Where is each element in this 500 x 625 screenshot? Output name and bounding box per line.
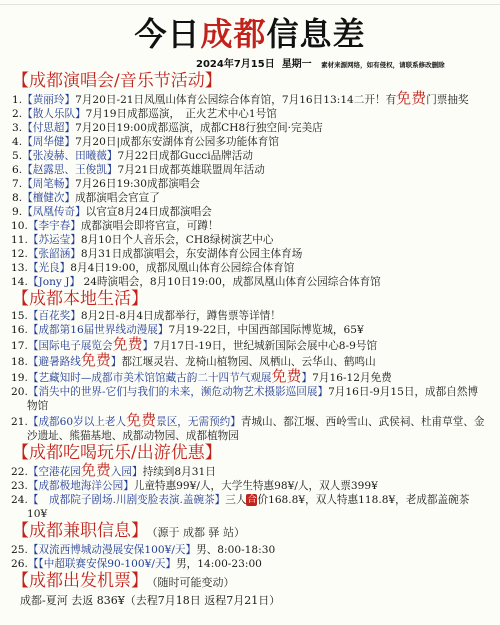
item-tag: 【Jony J】 <box>28 276 80 288</box>
item-tag: 【散人乐队】 <box>22 108 86 120</box>
list-item: 26.【【中超联赛安保90-100¥/天】男，14:00-23:00 <box>0 557 487 571</box>
page-title: 今日成都信息差 <box>0 14 500 54</box>
list-item: 15.【百花奖】8月2日-8月4日成都举行，蹲售票等详情！ <box>0 309 487 323</box>
item-tag-end: 入园】 <box>111 466 143 478</box>
list-item: 17.【国际电子展览会免费】7月17日-19日，世纪城新国际会展中心8-9号馆 <box>0 337 487 353</box>
item-text-pre: 三人 <box>225 494 246 506</box>
item-text: 成都演唱会官宣了 <box>75 192 160 204</box>
item-text: 7月16-12月免费 <box>312 372 392 384</box>
date: 2024年7月15日 <box>196 59 275 70</box>
list-item: 3.【付思超】7月20日19:00成都巡演，成都CH8行独空间·完美店 <box>0 121 486 135</box>
item-tag: 【周笔畅】 <box>22 178 75 190</box>
item-text: 8月4日19:00，成都凤凰山体育公园综合体育馆 <box>70 262 294 274</box>
section-title-text: 【成都兼职信息】 <box>12 521 148 541</box>
item-number: 3. <box>12 122 22 134</box>
list-item: 11.【苏运莹】8月10日个人音乐会，CH8绿树演艺中心 <box>0 233 487 247</box>
list-item: 23.【成都极地海洋公园】儿童特惠99¥/人，大学生特惠98¥/人，双人票399… <box>0 479 487 493</box>
list-item: 16.【成都第16届世界线动漫展】7月19-22日，中国西部国际博览城，65¥ <box>0 323 487 337</box>
section-subtitle: （源于 成都 驿 站） <box>152 526 245 539</box>
list-item: 13.【光良】8月4日19:00，成都凤凰山体育公园综合体育馆 <box>0 261 487 275</box>
item-tag: 【光良】 <box>28 262 70 274</box>
item-tag-end: 】 <box>111 356 122 368</box>
item-number: 10. <box>11 220 28 232</box>
section-title-local-life: 【成都本地生活】 <box>12 289 500 309</box>
item-number: 7. <box>12 178 22 190</box>
item-number: 2. <box>12 108 22 120</box>
list-item: 6.【赵露思、王俊凯】7月21日成都英雄联盟周年活动 <box>0 163 486 177</box>
item-number: 12. <box>11 248 28 260</box>
list-item: 21.【成都60岁以上老人免费景区，无需预约】青城山、都江堰、西岭雪山、武侯祠、… <box>0 413 487 443</box>
list-item: 1.【黄丽玲】7月20日-21日凤凰山体育公园综合体育馆，7月16日13:14二… <box>0 91 486 107</box>
item-tag-end: 】 <box>302 372 313 384</box>
item-number: 23. <box>11 480 28 492</box>
item-tag: 【周华健】 <box>22 136 75 148</box>
top-divider <box>0 4 500 5</box>
flight-info: 成都-夏河 去返 836¥（去程7月18日 返程7月21日） <box>20 593 500 608</box>
list-item: 18.【避暑路线免费】都江堰灵岩、龙椅山植物园、凤栖山、云华山、鹤鸣山 <box>0 353 487 369</box>
list-item: 8.【檀健次】成都演唱会官宣了 <box>0 191 486 205</box>
item-tag: 【成都极地海洋公园】 <box>28 480 134 492</box>
item-text: 持续到8月31日 <box>143 466 216 478</box>
free-label: 免费 <box>81 351 111 369</box>
list-item: 12.【张韶涵】8月31日成都演唱会，东安湖体育公园主体育场 <box>0 247 487 261</box>
item-text: 男、8:00-18:30 <box>196 544 275 556</box>
item-text: 8月10日个人音乐会，CH8绿树演艺中心 <box>81 234 274 246</box>
free-label: 免费 <box>272 367 302 385</box>
item-tag-end: 】 <box>143 340 154 352</box>
item-tag: 【百花奖】 <box>28 310 81 322</box>
item-text-after: 门票抽奖 <box>426 94 468 106</box>
item-number: 14. <box>11 276 28 288</box>
disclaimer: 素材来源网络，如有侵权，请联系修改删除 <box>321 61 445 69</box>
item-text: 7月19日成都巡演， 正火艺术中心1号馆 <box>86 108 277 120</box>
item-text: 以官宣8月24日成都演唱会 <box>86 206 212 218</box>
item-number: 24. <box>11 494 28 506</box>
item-number: 25. <box>11 544 28 556</box>
item-number: 8. <box>12 192 22 204</box>
item-text: 7月20日-21日凤凰山体育公园综合体育馆，7月16日13:14二开！有 <box>75 94 396 106</box>
item-text: 24時演唱会，8月10日19:00，成都凤凰山体育公园综合体育馆 <box>80 276 381 288</box>
title-prefix: 今日 <box>134 15 200 53</box>
item-text: 成都演唱会即将官宣，可蹲！ <box>81 220 219 232</box>
item-tag: 【付思超】 <box>22 122 75 134</box>
item-number: 17. <box>11 340 28 352</box>
list-item: 22.【空港花园免费入园】持续到8月31日 <box>0 463 487 479</box>
item-number: 21. <box>11 416 28 428</box>
section-title-part-time: 【成都兼职信息】（源于 成都 驿 站） <box>12 521 500 543</box>
list-item: 25.【双流西博城动漫展安保100¥/天】男、8:00-18:30 <box>0 543 487 557</box>
weekday: 星期一 <box>282 59 312 70</box>
section-title-flights: 【成都出发机票】（随时可能变动） <box>12 571 500 593</box>
item-text: 8月2日-8月4日成都举行，蹲售票等详情！ <box>81 310 281 322</box>
list-item: 7.【周笔畅】7月26日19:30成都演唱会 <box>0 177 486 191</box>
title-highlight: 成都 <box>200 15 266 53</box>
item-tag-end: 景区，无需预约】 <box>156 416 241 428</box>
item-tag: 【苏运莹】 <box>28 234 81 246</box>
item-number: 1. <box>12 94 22 106</box>
item-number: 18. <box>11 356 28 368</box>
list-item: 9.【凤凰传奇】以官宣8月24日成都演唱会 <box>0 205 486 219</box>
item-text: 7月19-22日，中国西部国际博览城，65¥ <box>168 324 363 336</box>
item-text: 7月26日19:30成都演唱会 <box>75 178 200 190</box>
item-tag: 【成都第16届世界线动漫展】 <box>28 324 169 336</box>
free-label: 免费 <box>113 335 143 353</box>
item-text: 7月21日成都英雄联盟周年活动 <box>117 164 264 176</box>
title-suffix: 信息差 <box>267 15 366 53</box>
item-text: 7月20日|成都东安湖体育公园多功能体育馆 <box>75 136 279 148</box>
item-number: 6. <box>12 164 22 176</box>
list-item: 5.【张凌赫、田曦薇】7月22日成都Gucci品牌活动 <box>0 149 486 163</box>
section-title-concerts: 【成都演唱会/音乐节活动】 <box>12 71 500 91</box>
free-label: 免费 <box>81 461 111 479</box>
item-tag: 【黄丽玲】 <box>22 94 75 106</box>
free-label: 免费 <box>396 89 426 107</box>
item-number: 16. <box>11 324 28 336</box>
item-tag: 【檀健次】 <box>22 192 75 204</box>
item-tag: 【赵露思、王俊凯】 <box>22 164 117 176</box>
item-number: 9. <box>12 206 22 218</box>
section-title-text: 【成都出发机票】 <box>12 571 148 591</box>
list-item: 20.【消失中的世界-它们与我们的未来，濒危动物艺术摄影巡回展】7月16日-9月… <box>0 385 487 413</box>
content: 【成都演唱会/音乐节活动】 1.【黄丽玲】7月20日-21日凤凰山体育公园综合体… <box>0 71 500 608</box>
item-text: 8月31日成都演唱会，东安湖体育公园主体育场 <box>81 248 303 260</box>
list-item: 2.【散人乐队】7月19日成都巡演， 正火艺术中心1号馆 <box>0 107 486 121</box>
item-number: 19. <box>11 372 28 384</box>
list-item: 10.【李宇春】成都演唱会即将官宣，可蹲！ <box>0 219 487 233</box>
date-line: 2024年7月15日 星期一 素材来源网络，如有侵权，请联系修改删除 <box>196 58 445 72</box>
free-label: 免费 <box>126 411 156 429</box>
item-tag: 【凤凰传奇】 <box>22 206 86 218</box>
item-text: 7月20日19:00成都巡演，成都CH8行独空间·完美店 <box>75 122 323 134</box>
item-number: 5. <box>12 150 22 162</box>
section-title-food-travel: 【成都吃喝玩乐/出游优惠】 <box>12 443 500 463</box>
item-number: 13. <box>11 262 28 274</box>
item-tag: 【双流西博城动漫展安保100¥/天】 <box>28 544 196 556</box>
item-tag: 【 成都院子剧场.川剧变脸表演.盖碗茶】 <box>28 494 225 506</box>
item-tag: 【张韶涵】 <box>28 248 81 260</box>
item-text: 7月22日成都Gucci品牌活动 <box>117 150 253 162</box>
item-text: 儿童特惠99¥/人，大学生特惠98¥/人，双人票399¥ <box>134 480 378 492</box>
item-number: 4. <box>12 136 22 148</box>
item-number: 11. <box>11 234 28 246</box>
item-text: 7月17日-19日，世纪城新国际会展中心8-9号馆 <box>153 340 377 352</box>
item-tag: 【李宇春】 <box>28 220 81 232</box>
he-badge-icon: 合 <box>246 494 257 506</box>
item-tag: 【【中超联赛安保90-100¥/天】 <box>28 558 176 570</box>
item-tag: 【消失中的世界-它们与我们的未来，濒危动物艺术摄影巡回展】 <box>28 386 328 398</box>
section-subtitle: （随时可能变动） <box>152 576 235 589</box>
item-tag: 【成都60岁以上老人 <box>28 416 126 428</box>
list-item: 24.【 成都院子剧场.川剧变脸表演.盖碗茶】三人合价168.8¥，双人特惠11… <box>0 493 487 521</box>
list-item: 4.【周华健】7月20日|成都东安湖体育公园多功能体育馆 <box>0 135 486 149</box>
item-tag: 【空港花园 <box>28 466 81 478</box>
item-number: 22. <box>11 466 28 478</box>
item-text: 都江堰灵岩、龙椅山植物园、凤栖山、云华山、鹤鸣山 <box>121 356 375 368</box>
item-number: 26. <box>11 558 28 570</box>
list-item: 14.【Jony J】 24時演唱会，8月10日19:00，成都凤凰山体育公园综… <box>0 275 487 289</box>
item-text: 男，14:00-23:00 <box>176 558 262 570</box>
item-tag: 【艺藏知时—成都市美术馆馆藏古韵二十四节气观展 <box>28 372 272 384</box>
item-tag: 【张凌赫、田曦薇】 <box>22 150 117 162</box>
list-item: 19.【艺藏知时—成都市美术馆馆藏古韵二十四节气观展免费】7月16-12月免费 <box>0 369 487 385</box>
item-number: 20. <box>11 386 28 398</box>
item-tag: 【避暑路线 <box>28 356 81 368</box>
item-number: 15. <box>11 310 28 322</box>
